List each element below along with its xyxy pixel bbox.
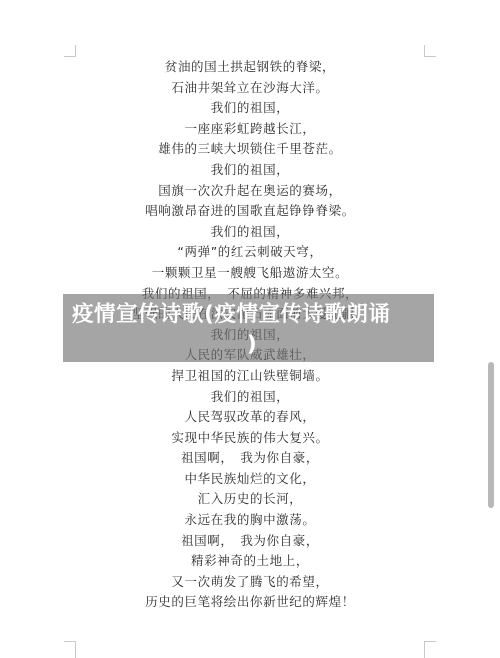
- poem-line: 祖国啊， 我为你自豪，: [75, 531, 425, 552]
- overlay-title-text: 疫情宣传诗歌(疫情宣传诗歌朗诵: [72, 302, 390, 327]
- poem-line: 我们的祖国，: [75, 387, 425, 408]
- poem-line: 精彩神奇的土地上，: [75, 551, 425, 572]
- poem-line: 贫油的国土拱起钢铁的脊梁，: [75, 57, 425, 78]
- poem-line: 石油井架耸立在沙海大洋。: [75, 78, 425, 99]
- poem-line: 我们的祖国，: [75, 98, 425, 119]
- poem-line: “两弹”的红云刺破天穹，: [75, 242, 425, 263]
- poem-line: 一座座彩虹跨越长江，: [75, 119, 425, 140]
- poem-line: 一颗颗卫星一艘艘飞船遨游太空。: [75, 263, 425, 284]
- page-corner-mark-bottom-right: [424, 641, 436, 658]
- vertical-scrollbar[interactable]: [488, 362, 494, 508]
- poem-line: 雄伟的三峡大坝锁住千里苍茫。: [75, 139, 425, 160]
- poem-line: 国旗一次次升起在奥运的赛场，: [75, 181, 425, 202]
- page-corner-mark-top-right: [424, 45, 436, 57]
- title-overlay-banner: 疫情宣传诗歌(疫情宣传诗歌朗诵 ): [63, 294, 434, 362]
- poem-line: 唱响激昂奋进的国歌直起铮铮脊梁。: [75, 201, 425, 222]
- poem-line: 汇入历史的长河，: [75, 489, 425, 510]
- poem-line: 中华民族灿烂的文化，: [75, 469, 425, 490]
- poem-line: 又一次萌发了腾飞的希望，: [75, 572, 425, 593]
- poem-line: 祖国啊， 我为你自豪，: [75, 448, 425, 469]
- poem-line: 捍卫祖国的江山铁壁铜墙。: [75, 366, 425, 387]
- poem-line: 永远在我的胸中激荡。: [75, 510, 425, 531]
- poem-line: 历史的巨笔将绘出你新世纪的辉煌！: [75, 592, 425, 613]
- page-corner-mark-bottom-left: [64, 641, 76, 658]
- poem-line: 实现中华民族的伟大复兴。: [75, 428, 425, 449]
- poem-line: 我们的祖国，: [75, 160, 425, 181]
- overlay-title-closing: ): [72, 330, 432, 360]
- poem-line: 人民驾驭改革的春风，: [75, 407, 425, 428]
- page-corner-mark-top-left: [64, 45, 76, 57]
- poem-line: 我们的祖国，: [75, 222, 425, 243]
- overlay-title: 疫情宣传诗歌(疫情宣传诗歌朗诵 ): [72, 300, 432, 360]
